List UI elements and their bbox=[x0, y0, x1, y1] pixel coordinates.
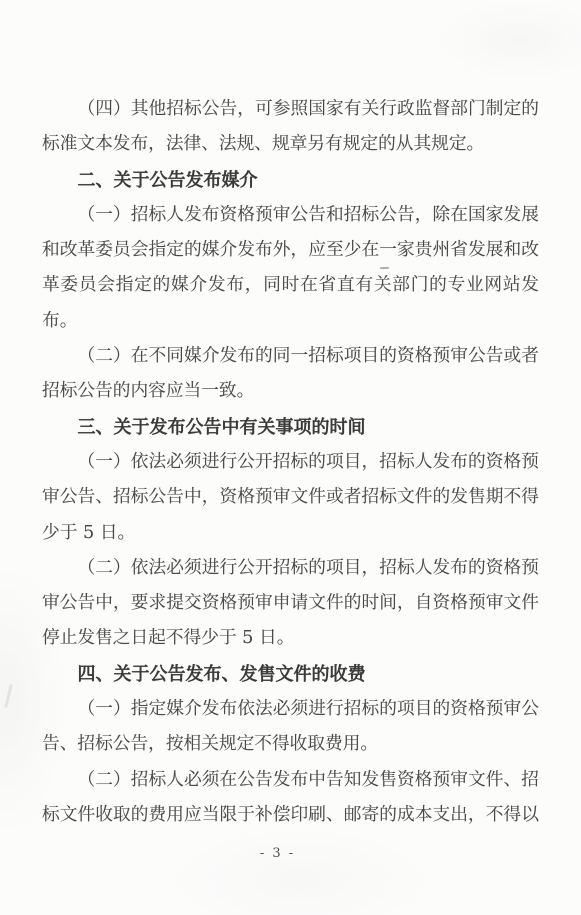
document-content: （四）其他招标公告，可参照国家有关行政监督部门制定的标准文本发布，法律、法规、规… bbox=[42, 92, 539, 833]
text-line: （二）在不同媒介发布的同一招标项目的资格预审公告或者 bbox=[42, 339, 539, 374]
document-page: （四）其他招标公告，可参照国家有关行政监督部门制定的标准文本发布，法律、法规、规… bbox=[0, 0, 581, 915]
text-line: 四、关于公告发布、发售文件的收费 bbox=[42, 657, 539, 692]
text-line: 和改革委员会指定的媒介发布外，应至少在一家贵州省发展和改 bbox=[42, 233, 539, 268]
text-line: 标文件收取的费用应当限于补偿印刷、邮寄的成本支出，不得以 bbox=[42, 798, 539, 833]
paragraph: （一）依法必须进行公开招标的项目，招标人发布的资格预审公告、招标公告中，资格预审… bbox=[42, 445, 539, 551]
text-line: 招标公告的内容应当一致。 bbox=[42, 374, 539, 409]
text-line: 标准文本发布，法律、法规、规章另有规定的从其规定。 bbox=[42, 127, 539, 162]
text-line: 三、关于发布公告中有关事项的时间 bbox=[42, 410, 539, 445]
text-line: 革委员会指定的媒介发布，同时在省直有关部门的专业网站发 bbox=[42, 268, 539, 303]
paragraph: （四）其他招标公告，可参照国家有关行政监督部门制定的标准文本发布，法律、法规、规… bbox=[42, 92, 539, 163]
text-line: （一）指定媒介发布依法必须进行招标的项目的资格预审公 bbox=[42, 692, 539, 727]
text-line: 少于 5 日。 bbox=[42, 516, 539, 551]
text-line: （二）依法必须进行公开招标的项目，招标人发布的资格预 bbox=[42, 551, 539, 586]
section-heading: 四、关于公告发布、发售文件的收费 bbox=[42, 657, 539, 692]
paragraph: （二）招标人必须在公告发布中告知发售资格预审文件、招标文件收取的费用应当限于补偿… bbox=[42, 763, 539, 834]
text-line: 停止发售之日起不得少于 5 日。 bbox=[42, 621, 539, 656]
text-line: 告、招标公告，按相关规定不得收取费用。 bbox=[42, 727, 539, 762]
paragraph: （一）指定媒介发布依法必须进行招标的项目的资格预审公告、招标公告，按相关规定不得… bbox=[42, 692, 539, 763]
section-heading: 二、关于公告发布媒介 bbox=[42, 163, 539, 198]
paragraph: （二）在不同媒介发布的同一招标项目的资格预审公告或者招标公告的内容应当一致。 bbox=[42, 339, 539, 410]
text-line: 布。 bbox=[42, 304, 539, 339]
section-heading: 三、关于发布公告中有关事项的时间 bbox=[42, 410, 539, 445]
paragraph: （二）依法必须进行公开招标的项目，招标人发布的资格预审公告中，要求提交资格预审申… bbox=[42, 551, 539, 657]
text-line: （四）其他招标公告，可参照国家有关行政监督部门制定的 bbox=[42, 92, 539, 127]
text-line: （一）招标人发布资格预审公告和招标公告，除在国家发展 bbox=[42, 198, 539, 233]
text-line: 审公告、招标公告中，资格预审文件或者招标文件的发售期不得 bbox=[42, 480, 539, 515]
text-line: （一）依法必须进行公开招标的项目，招标人发布的资格预 bbox=[42, 445, 539, 480]
paragraph: （一）招标人发布资格预审公告和招标公告，除在国家发展和改革委员会指定的媒介发布外… bbox=[42, 198, 539, 339]
text-line: 审公告中，要求提交资格预审申请文件的时间，自资格预审文件 bbox=[42, 586, 539, 621]
text-line: 二、关于公告发布媒介 bbox=[42, 163, 539, 198]
text-line: （二）招标人必须在公告发布中告知发售资格预审文件、招 bbox=[42, 763, 539, 798]
page-number: - 3 - bbox=[0, 846, 568, 861]
scan-artifact-streak bbox=[4, 684, 13, 708]
